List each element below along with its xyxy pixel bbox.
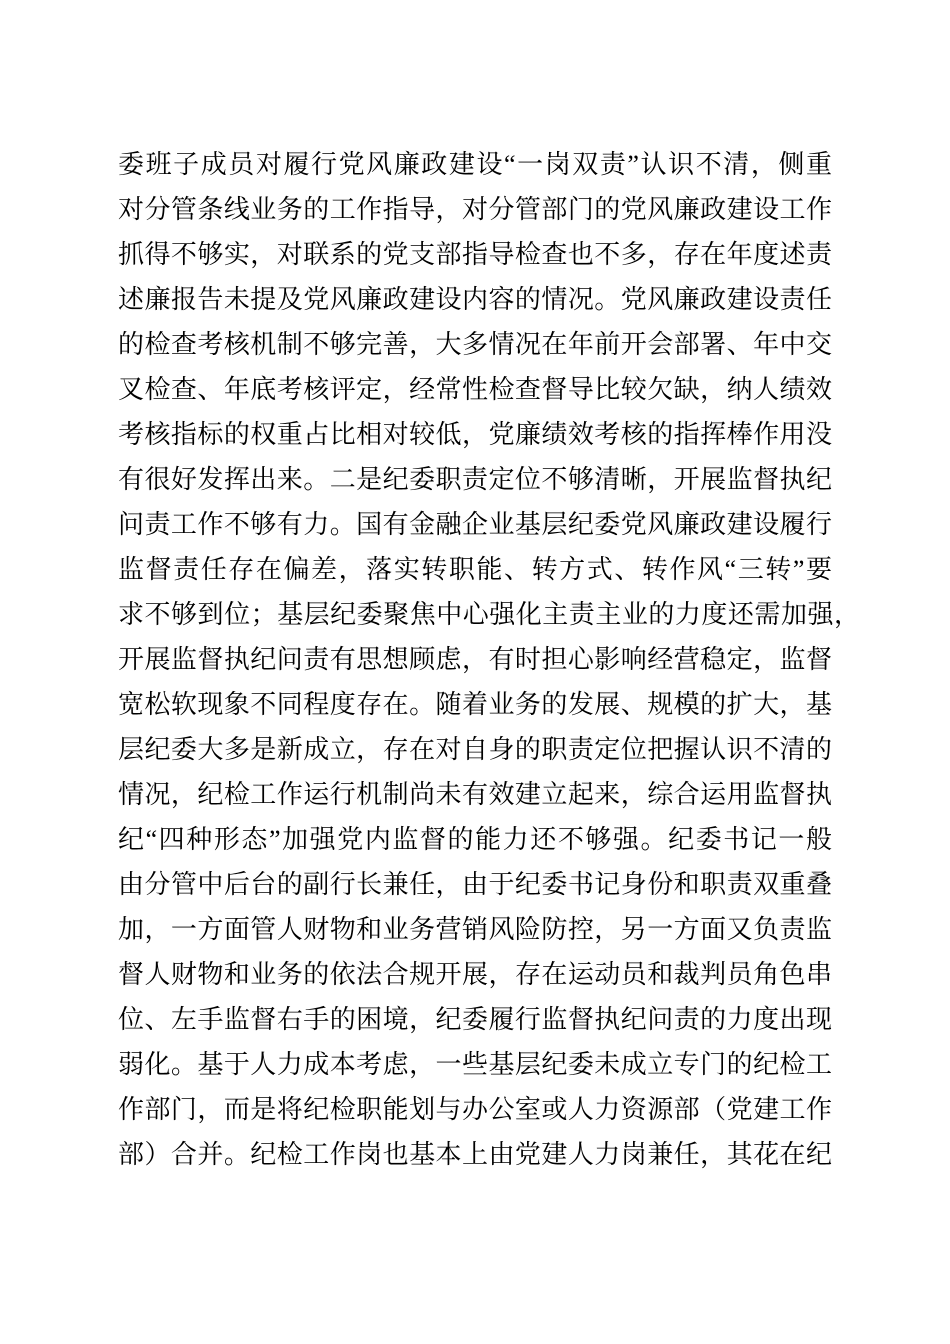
text-line: 抓得不够实，对联系的党支部指导检查也不多，存在年度述责 xyxy=(118,232,832,277)
text-line: 对分管条线业务的工作指导，对分管部门的党风廉政建设工作 xyxy=(118,187,832,232)
text-line: 的检查考核机制不够完善，大多情况在年前开会部署、年中交 xyxy=(118,322,832,367)
text-line: 问责工作不够有力。国有金融企业基层纪委党风廉政建设履行 xyxy=(118,502,832,547)
text-line: 宽松软现象不同程度存在。随着业务的发展、规模的扩大，基 xyxy=(118,682,832,727)
text-line: 纪“四种形态”加强党内监督的能力还不够强。纪委书记一般 xyxy=(118,817,832,862)
text-line: 层纪委大多是新成立，存在对自身的职责定位把握认识不清的 xyxy=(118,727,832,772)
text-line: 求不够到位；基层纪委聚焦中心强化主责主业的力度还需加强， xyxy=(118,592,860,637)
text-line: 监督责任存在偏差，落实转职能、转方式、转作风“三转”要 xyxy=(118,547,832,592)
text-line: 位、左手监督右手的困境，纪委履行监督执纪问责的力度出现 xyxy=(118,997,832,1042)
text-line: 考核指标的权重占比相对较低，党廉绩效考核的指挥棒作用没 xyxy=(118,412,832,457)
text-line: 弱化。基于人力成本考虑，一些基层纪委未成立专门的纪检工 xyxy=(118,1042,832,1087)
text-line: 情况，纪检工作运行机制尚未有效建立起来，综合运用监督执 xyxy=(118,772,832,817)
text-line: 督人财物和业务的依法合规开展，存在运动员和裁判员角色串 xyxy=(118,952,832,997)
text-line: 有很好发挥出来。二是纪委职责定位不够清晰，开展监督执纪 xyxy=(118,457,832,502)
text-line: 由分管中后台的副行长兼任，由于纪委书记身份和职责双重叠 xyxy=(118,862,832,907)
document-page: 委班子成员对履行党风廉政建设“一岗双责”认识不清，侧重对分管条线业务的工作指导，… xyxy=(0,0,950,1344)
text-line: 委班子成员对履行党风廉政建设“一岗双责”认识不清，侧重 xyxy=(118,142,832,187)
text-line: 作部门，而是将纪检职能划与办公室或人力资源部（党建工作 xyxy=(118,1087,832,1132)
text-line: 部）合并。纪检工作岗也基本上由党建人力岗兼任，其花在纪 xyxy=(118,1132,832,1177)
text-line: 叉检查、年底考核评定，经常性检查督导比较欠缺，纳人绩效 xyxy=(118,367,832,412)
text-line: 述廉报告未提及党风廉政建设内容的情况。党风廉政建设责任 xyxy=(118,277,832,322)
body-text: 委班子成员对履行党风廉政建设“一岗双责”认识不清，侧重对分管条线业务的工作指导，… xyxy=(118,142,832,1177)
text-line: 加，一方面管人财物和业务营销风险防控，另一方面又负责监 xyxy=(118,907,832,952)
text-line: 开展监督执纪问责有思想顾虑，有时担心影响经营稳定，监督 xyxy=(118,637,832,682)
